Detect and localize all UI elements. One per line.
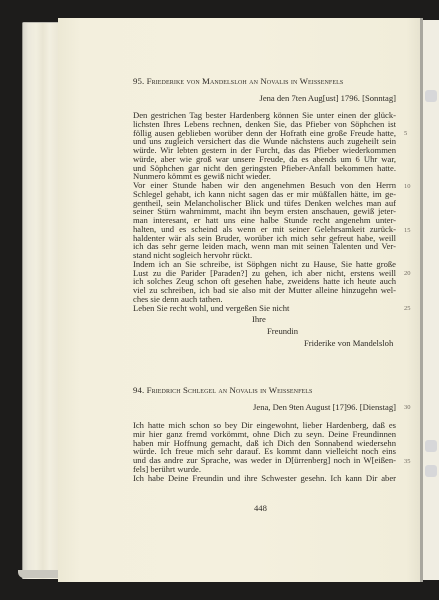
line-number: 35 (404, 458, 411, 465)
closing-signature: Friderike von Mandelsloh (304, 338, 393, 348)
line-number: 25 (404, 305, 411, 312)
closing-freundin: Freundin (267, 326, 298, 336)
letter-95-date: Jena den 7ten Aug[ust] 1796. [Sonntag] (259, 93, 396, 103)
line-number: 20 (404, 270, 411, 277)
facing-page-strip (423, 20, 439, 580)
letter-94-date: Jena, Den 9ten August [17]96. [Dienstag] (253, 402, 396, 412)
closing-ihre: Ihre (252, 314, 266, 324)
page-number: 448 (254, 503, 267, 513)
show-through-mark (425, 465, 437, 477)
line-number: 15 (404, 227, 411, 234)
text-line: Leben Sie recht wohl, und vergeßen Sie n… (133, 304, 396, 313)
letter-95-heading: 95. Friederike von Mandelsloh an Novalis… (133, 76, 343, 86)
letter-94-heading: 94. Friedrich Schlegel an Novalis in Wei… (133, 385, 313, 395)
show-through-mark (425, 90, 437, 102)
line-number: 10 (404, 183, 411, 190)
text-line: Ich habe Deine Freundin und ihre Schwest… (133, 474, 396, 483)
line-number: 5 (404, 130, 407, 137)
show-through-mark (425, 440, 437, 452)
line-number: 30 (404, 404, 411, 411)
